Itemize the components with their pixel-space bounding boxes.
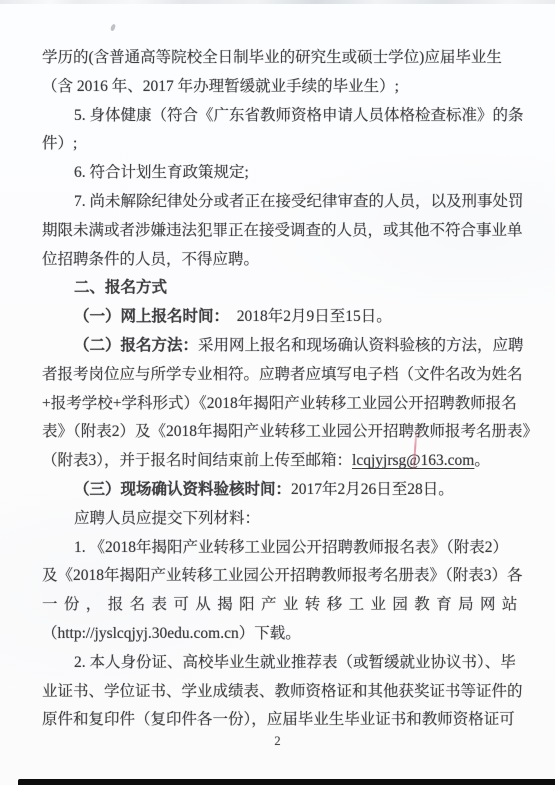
text-segment: （附表3），并于报名时间结束前上传至邮箱： (42, 452, 352, 469)
text-line: （http://jyslcqjyj.30edu.com.cn）下载。 (42, 620, 525, 649)
scan-bottom-edge-artifact (18, 779, 555, 785)
text-line: 6. 符合计划生育政策规定; (42, 159, 525, 188)
scan-top-edge-artifact (0, 0, 555, 4)
text-line: 及《2018年揭阳产业转移工业园公开招聘教师报考名册表》（附表3）各 (42, 562, 525, 591)
text-line: 学历的(含普通高等院校全日制毕业的研究生或硕士学位)应届毕业生 (42, 44, 525, 73)
text-segment: 5. 身体健康（符合《广东省教师资格申请人员体格检查标准》的条 (74, 107, 524, 124)
text-line: 位招聘条件的人员，不得应聘。 (42, 246, 525, 275)
text-segment: 采用网上报名和现场确认资料验核的方法，应聘 (198, 337, 524, 354)
text-line: 1. 《2018年揭阳产业转移工业园公开招聘教师报名表》（附表2） (42, 534, 525, 563)
heading-text: 二、报名方式 (74, 279, 167, 296)
text-segment: 一份，报名表可从揭阳产业转移工业园教育局网站 (42, 596, 524, 613)
text-segment: +报考学校+学科形式）《2018年揭阳产业转移工业园公开招聘教师报名 (42, 395, 517, 412)
text-line: （三）现场确认资料验核时间：2017年2月26日至28日。 (42, 476, 525, 505)
text-line: 者报考岗位应与所学专业相符。应聘者应填写电子档（文件名改为姓名 (42, 361, 525, 390)
text-segment: 1. 《2018年揭阳产业转移工业园公开招聘教师报名表》（附表2） (74, 539, 508, 556)
field-value: 2018年2月9日至15日。 (221, 308, 392, 325)
text-segment: 表》（附表2）及《2018年揭阳产业转移工业园公开招聘教师报考名册表》 (42, 423, 538, 440)
field-value: 2017年2月26日至28日。 (291, 481, 454, 498)
text-segment: 件）; (42, 135, 77, 152)
text-segment: 学历的(含普通高等院校全日制毕业的研究生或硕士学位)应届毕业生 (42, 49, 502, 66)
text-segment: 位招聘条件的人员，不得应聘。 (42, 251, 259, 268)
document-page: 学历的(含普通高等院校全日制毕业的研究生或硕士学位)应届毕业生 （含 2016 … (0, 0, 555, 785)
text-line: 7. 尚未解除纪律处分或者正在接受纪律审查的人员，以及刑事处罚 (42, 188, 525, 217)
text-segment: （含 2016 年、2017 年办理暂缓就业手续的毕业生）; (42, 78, 399, 95)
field-label: （三）现场确认资料验核时间： (74, 481, 291, 498)
scan-speck-artifact (110, 24, 116, 32)
text-segment: 2. 本人身份证、高校毕业生就业推荐表（或暂缓就业协议书）、毕 (74, 654, 516, 671)
field-label: （一）网上报名时间： (74, 308, 221, 325)
text-segment: 期限未满或者涉嫌违法犯罪正在接受调查的人员，或其他不符合事业单 (42, 222, 523, 239)
website-url: （http://jyslcqjyj.30edu.com.cn）下载。 (42, 625, 301, 642)
text-segment: 者报考岗位应与所学专业相符。应聘者应填写电子档（文件名改为姓名 (42, 366, 523, 383)
section-heading: 二、报名方式 (42, 274, 525, 303)
text-line: 表》（附表2）及《2018年揭阳产业转移工业园公开招聘教师报考名册表》 (42, 418, 525, 447)
text-line: （附表3），并于报名时间结束前上传至邮箱：lcqjyjrsg@163.com。 (42, 447, 525, 476)
text-line: （二）报名方法：采用网上报名和现场确认资料验核的方法，应聘 (42, 332, 525, 361)
text-line: +报考学校+学科形式）《2018年揭阳产业转移工业园公开招聘教师报名 (42, 390, 525, 419)
text-segment: 及《2018年揭阳产业转移工业园公开招聘教师报考名册表》（附表3）各 (42, 567, 523, 584)
text-segment: 6. 符合计划生育政策规定; (74, 164, 249, 181)
text-line: 5. 身体健康（符合《广东省教师资格申请人员体格检查标准》的条 (42, 102, 525, 131)
text-line: 原件和复印件（复印件各一份），应届毕业生毕业证书和教师资格证可 (42, 706, 525, 735)
text-line: 件）; (42, 130, 525, 159)
text-line: （含 2016 年、2017 年办理暂缓就业手续的毕业生）; (42, 73, 525, 102)
text-line: 业证书、学位证书、学业成绩表、教师资格证和其他获奖证书等证件的 (42, 678, 525, 707)
text-segment: 业证书、学位证书、学业成绩表、教师资格证和其他获奖证书等证件的 (42, 683, 523, 700)
field-label: （二）报名方法： (74, 337, 198, 354)
text-segment: 原件和复印件（复印件各一份），应届毕业生毕业证书和教师资格证可 (42, 711, 515, 728)
document-body: 学历的(含普通高等院校全日制毕业的研究生或硕士学位)应届毕业生 （含 2016 … (42, 44, 525, 735)
text-line: 期限未满或者涉嫌违法犯罪正在接受调查的人员，或其他不符合事业单 (42, 217, 525, 246)
page-number: 2 (0, 734, 555, 749)
text-line: 应聘人员应提交下列材料： (42, 505, 525, 534)
text-segment: 应聘人员应提交下列材料： (74, 510, 260, 527)
text-line: （一）网上报名时间： 2018年2月9日至15日。 (42, 303, 525, 332)
text-segment: 7. 尚未解除纪律处分或者正在接受纪律审查的人员，以及刑事处罚 (74, 193, 524, 210)
text-line: 一份，报名表可从揭阳产业转移工业园教育局网站 (42, 591, 525, 620)
text-line: 2. 本人身份证、高校毕业生就业推荐表（或暂缓就业协议书）、毕 (42, 649, 525, 678)
text-segment: 。 (474, 452, 490, 469)
